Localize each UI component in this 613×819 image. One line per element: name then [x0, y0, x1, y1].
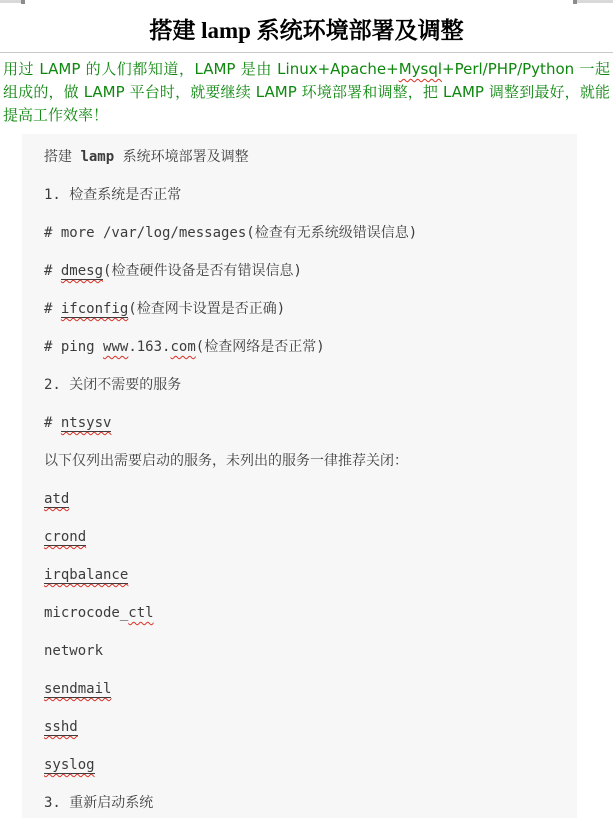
underlined-term: crond — [44, 529, 86, 546]
underlined-term: sshd — [44, 719, 78, 736]
text-run: 以下仅列出需要启动的服务，未列出的服务一律推荐关闭： — [44, 453, 408, 469]
content-line: 以下仅列出需要启动的服务，未列出的服务一律推荐关闭： — [44, 451, 557, 471]
document-body: 搭建 lamp 系统环境部署及调整1. 检查系统是否正常# more /var/… — [22, 134, 577, 818]
content-line: # ifconfig(检查网卡设置是否正确) — [44, 299, 557, 319]
content-line: irqbalance — [44, 565, 557, 585]
text-run: # — [44, 263, 61, 279]
text-run: 系统环境部署及调整 — [114, 149, 248, 165]
text-run: 3. 重新启动系统 — [44, 795, 153, 811]
top-chrome-handle-right — [573, 0, 577, 4]
underlined-term: ntsysv — [61, 415, 112, 432]
content-line: 3. 重新启动系统 — [44, 793, 557, 813]
content-line: microcode_ctl — [44, 603, 557, 623]
content-line: crond — [44, 527, 557, 547]
intro-text-before: 用过 LAMP 的人们都知道，LAMP 是由 Linux+Apache+ — [3, 60, 399, 78]
underlined-term: atd — [44, 491, 69, 508]
text-run: # — [44, 301, 61, 317]
content-line: # ping www.163.com(检查网络是否正常) — [44, 337, 557, 357]
content-line: # more /var/log/messages(检查有无系统级错误信息) — [44, 223, 557, 243]
spellchecked-term: com — [170, 339, 195, 355]
text-run: # — [44, 415, 61, 431]
underlined-term: syslog — [44, 757, 95, 774]
text-run: 1. 检查系统是否正常 — [44, 187, 181, 203]
text-run: microcode_ — [44, 605, 128, 621]
content-line: # dmesg(检查硬件设备是否有错误信息) — [44, 261, 557, 281]
top-chrome-handle-left — [21, 0, 25, 4]
spellchecked-term: ctl — [128, 605, 153, 621]
text-run: # more /var/log/messages(检查有无系统级错误信息) — [44, 225, 417, 241]
content-line: 1. 检查系统是否正常 — [44, 185, 557, 205]
title-divider — [0, 52, 613, 53]
content-line: network — [44, 641, 557, 661]
text-run: (检查网络是否正常) — [196, 339, 325, 355]
misspelled-word: Mysql — [399, 60, 442, 78]
text-run: (检查网卡设置是否正确) — [128, 301, 285, 317]
underlined-term: dmesg — [61, 263, 103, 280]
intro-paragraph: 用过 LAMP 的人们都知道，LAMP 是由 Linux+Apache+Mysq… — [3, 58, 610, 127]
content-line: sendmail — [44, 679, 557, 699]
content-line: sshd — [44, 717, 557, 737]
text-run: # ping — [44, 339, 103, 355]
text-run: network — [44, 643, 103, 659]
top-chrome-strip-right — [577, 0, 613, 3]
content-line: # ntsysv — [44, 413, 557, 433]
content-line: atd — [44, 489, 557, 509]
spellchecked-term: www — [103, 339, 128, 355]
content-line: 2. 关闭不需要的服务 — [44, 375, 557, 395]
text-run: .163. — [128, 339, 170, 355]
content-line: syslog — [44, 755, 557, 775]
text-run: (检查硬件设备是否有错误信息) — [103, 263, 302, 279]
underlined-term: irqbalance — [44, 567, 128, 584]
underlined-term: sendmail — [44, 681, 111, 698]
bold-term: lamp — [80, 149, 114, 165]
top-chrome-strip-left — [0, 0, 21, 3]
text-run: 搭建 — [44, 149, 80, 165]
text-run: 2. 关闭不需要的服务 — [44, 377, 181, 393]
content-line: 搭建 lamp 系统环境部署及调整 — [44, 147, 557, 167]
page-title: 搭建 lamp 系统环境部署及调整 — [0, 16, 613, 46]
underlined-term: ifconfig — [61, 301, 128, 318]
